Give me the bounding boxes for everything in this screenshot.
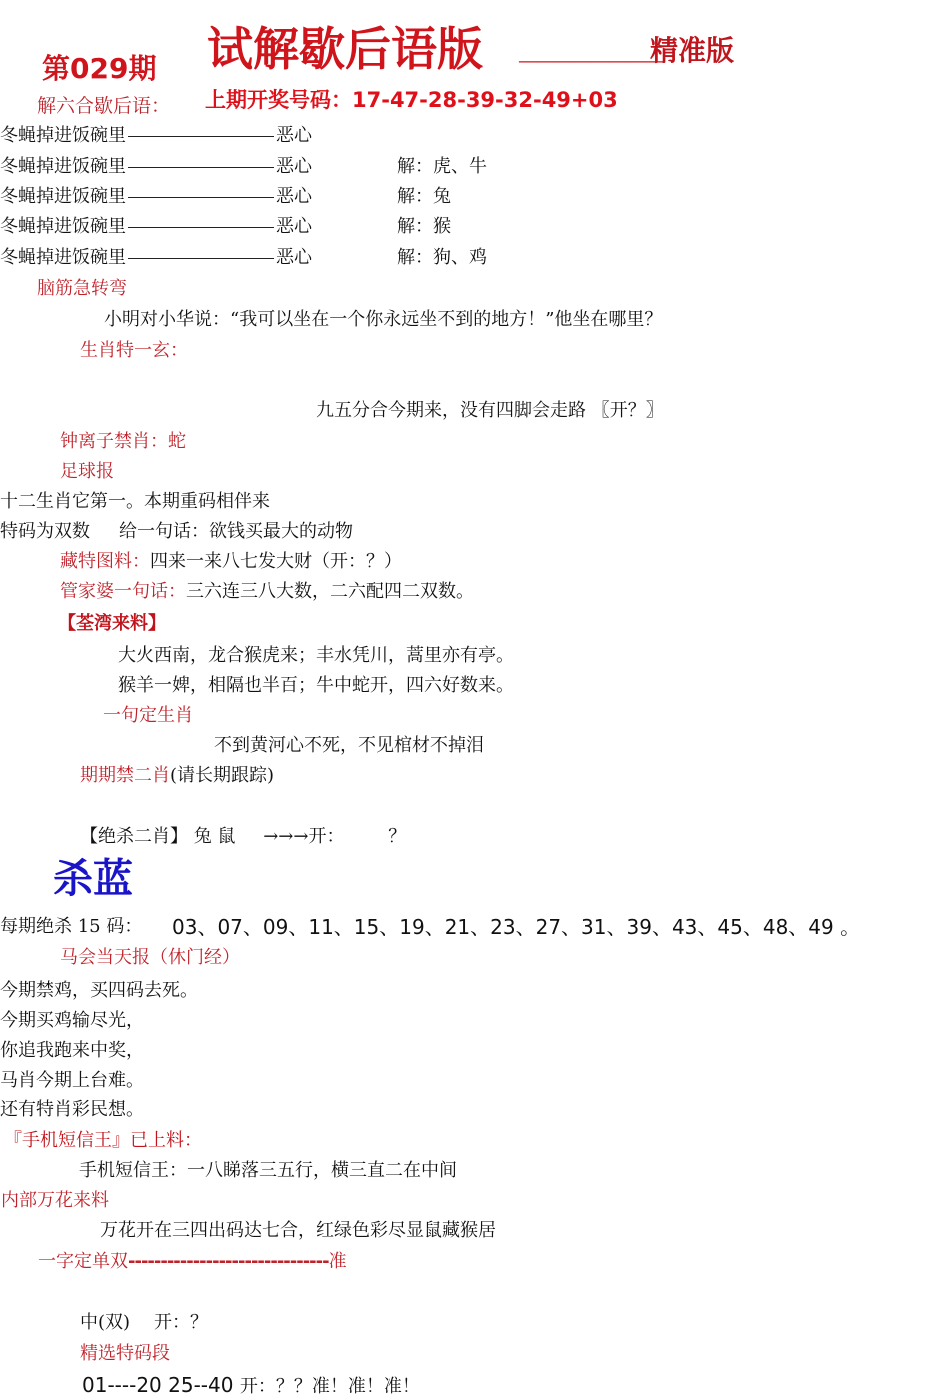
proverb-right: 恶心	[276, 186, 312, 207]
zodiac-riddle-label: 生肖特一玄：	[80, 340, 188, 362]
football-line-2b: 给一句话：欲钱买最大的动物	[119, 521, 353, 543]
proverb-left: 冬蝇掉进饭碗里	[0, 125, 126, 146]
proverb-right: 恶心	[276, 247, 312, 268]
divider	[128, 227, 274, 228]
divider	[128, 167, 274, 168]
proverb-left: 冬蝇掉进饭碗里	[0, 186, 126, 207]
hidden-chart: 藏特图料：四来一来八七发大财（开：？）	[60, 551, 402, 573]
proverb-left: 冬蝇掉进饭碗里	[0, 216, 126, 237]
last-draw-numbers: 17-47-28-39-32-49+03	[352, 88, 618, 112]
sms-king-label: 『手机短信王』已上料：	[4, 1130, 202, 1152]
macau-daily-line: 你追我跑来中奖，	[0, 1040, 144, 1062]
brain-teaser-text: 小明对小华说：“我可以坐在一个你永远坐不到的地方！”他坐在哪里？	[104, 309, 662, 331]
odd-even: 一字定单双-------------------------------准	[38, 1251, 347, 1273]
proverb-right: 恶心	[276, 216, 312, 237]
proverb-left: 冬蝇掉进饭碗里	[0, 247, 126, 268]
ban-two: 期期禁二肖(请长期跟踪)	[80, 765, 274, 787]
special-range-label: 精选特码段	[80, 1343, 170, 1365]
kill-two-arrows: →→→开：	[263, 826, 344, 847]
proverb-row: 冬蝇掉进饭碗里恶心 解：猴	[0, 216, 312, 238]
ban-two-label: 期期禁二肖	[80, 765, 170, 786]
football-line-2a: 特码为双数	[0, 521, 90, 543]
hidden-chart-text: 四来一来八七发大财（开：？）	[150, 551, 402, 572]
divider	[128, 136, 274, 137]
kill-15-label: 每期绝杀 15 码：	[0, 916, 142, 938]
proverb-answer: 解：兔	[397, 186, 451, 208]
one-line-text: 不到黄河心不死，不见棺材不掉泪	[214, 735, 484, 757]
hidden-chart-label: 藏特图料：	[60, 551, 150, 572]
kill-15-numbers: 03、07、09、11、15、19、21、23、27、31、39、43、45、4…	[172, 914, 860, 940]
proverb-section-label: 解六合歇后语：	[37, 94, 170, 118]
brain-teaser-label: 脑筋急转弯	[37, 278, 127, 300]
proverb-answer: 解：狗、鸡	[397, 247, 487, 269]
ban-two-note: (请长期跟踪)	[170, 765, 274, 786]
divider	[128, 197, 274, 198]
title-dashes: ————————	[518, 48, 662, 72]
one-line-label: 一句定生肖	[103, 705, 193, 727]
odd-even-answer-value: 中(双)	[80, 1312, 130, 1333]
odd-even-open: 开：？	[154, 1312, 208, 1333]
kill-blue-label: 杀蓝	[53, 855, 133, 903]
housekeeper-text: 三六连三八大数，二六配四二双数。	[186, 581, 474, 602]
issue-number: 第029期	[42, 52, 156, 86]
last-draw: 上期开奖号码：17-47-28-39-32-49+03	[205, 87, 618, 113]
sms-king-text: 手机短信王：一八睇落三五行，横三直二在中间	[79, 1160, 457, 1182]
macau-daily-line: 还有特肖彩民想。	[0, 1099, 144, 1121]
special-range-b: 25--40	[168, 1373, 233, 1397]
proverb-answer: 解：猴	[397, 216, 451, 238]
proverb-right: 恶心	[276, 156, 312, 177]
football-label: 足球报	[60, 461, 114, 483]
wanhua-text: 万花开在三四出码达七合，红绿色彩尽显鼠藏猴居	[100, 1220, 496, 1242]
special-range: 01----20 25--40 开：？？准！准！准！	[82, 1372, 420, 1400]
kill-two-result: ？	[388, 826, 406, 847]
kill-two-label: 【绝杀二肖】	[80, 826, 188, 847]
zodiac-riddle-text: 九五分合今期来，没有四脚会走路 〖开？〗	[316, 400, 664, 422]
odd-even-label: 一字定单双	[38, 1251, 128, 1272]
proverb-row: 冬蝇掉进饭碗里恶心	[0, 125, 312, 147]
wanhua-label: 内部万花来料	[1, 1190, 109, 1212]
macau-daily-line: 今期禁鸡，买四码去死。	[0, 980, 198, 1002]
proverb-right: 恶心	[276, 125, 312, 146]
edition-label: 精准版	[650, 34, 734, 68]
housekeeper-label: 管家婆一句话：	[60, 581, 186, 602]
zhongli-label: 钟离子禁肖：蛇	[60, 431, 186, 453]
odd-even-answer: 中(双)开：？	[80, 1312, 208, 1334]
macau-daily-line: 马肖今期上台难。	[0, 1070, 144, 1092]
proverb-row: 冬蝇掉进饭碗里恶心 解：虎、牛	[0, 156, 312, 178]
macau-daily-line: 今期买鸡输尽光，	[0, 1010, 144, 1032]
proverb-row: 冬蝇掉进饭碗里恶心 解：兔	[0, 186, 312, 208]
proverb-answer: 解：虎、牛	[397, 156, 487, 178]
odd-even-suffix: 准	[329, 1251, 347, 1272]
quanwan-label: 【荃湾来料】	[58, 613, 166, 635]
kill-two-animals: 兔 鼠	[194, 826, 236, 847]
housekeeper: 管家婆一句话：三六连三八大数，二六配四二双数。	[60, 581, 474, 603]
divider	[128, 258, 274, 259]
proverb-row: 冬蝇掉进饭碗里恶心 解：狗、鸡	[0, 247, 312, 269]
special-range-a: 01----20	[82, 1373, 162, 1397]
quanwan-line-2: 猴羊一婢，相隔也半百；牛中蛇开，四六好数来。	[118, 675, 514, 697]
football-line-1: 十二生肖它第一。本期重码相伴来	[0, 491, 270, 513]
quanwan-line-1: 大火西南，龙合猴虎来；丰水凭川，蒿里亦有亭。	[118, 645, 514, 667]
last-draw-label: 上期开奖号码：	[205, 88, 352, 112]
kill-two: 【绝杀二肖】 兔 鼠 →→→开： ？	[80, 826, 406, 848]
proverb-left: 冬蝇掉进饭碗里	[0, 156, 126, 177]
page-title: 试解歇后语版	[207, 22, 483, 76]
special-range-text: 开：？？准！准！准！	[240, 1376, 420, 1397]
odd-even-dashes: -------------------------------	[128, 1251, 329, 1272]
macau-daily-label: 马会当天报（休门经）	[60, 947, 240, 969]
